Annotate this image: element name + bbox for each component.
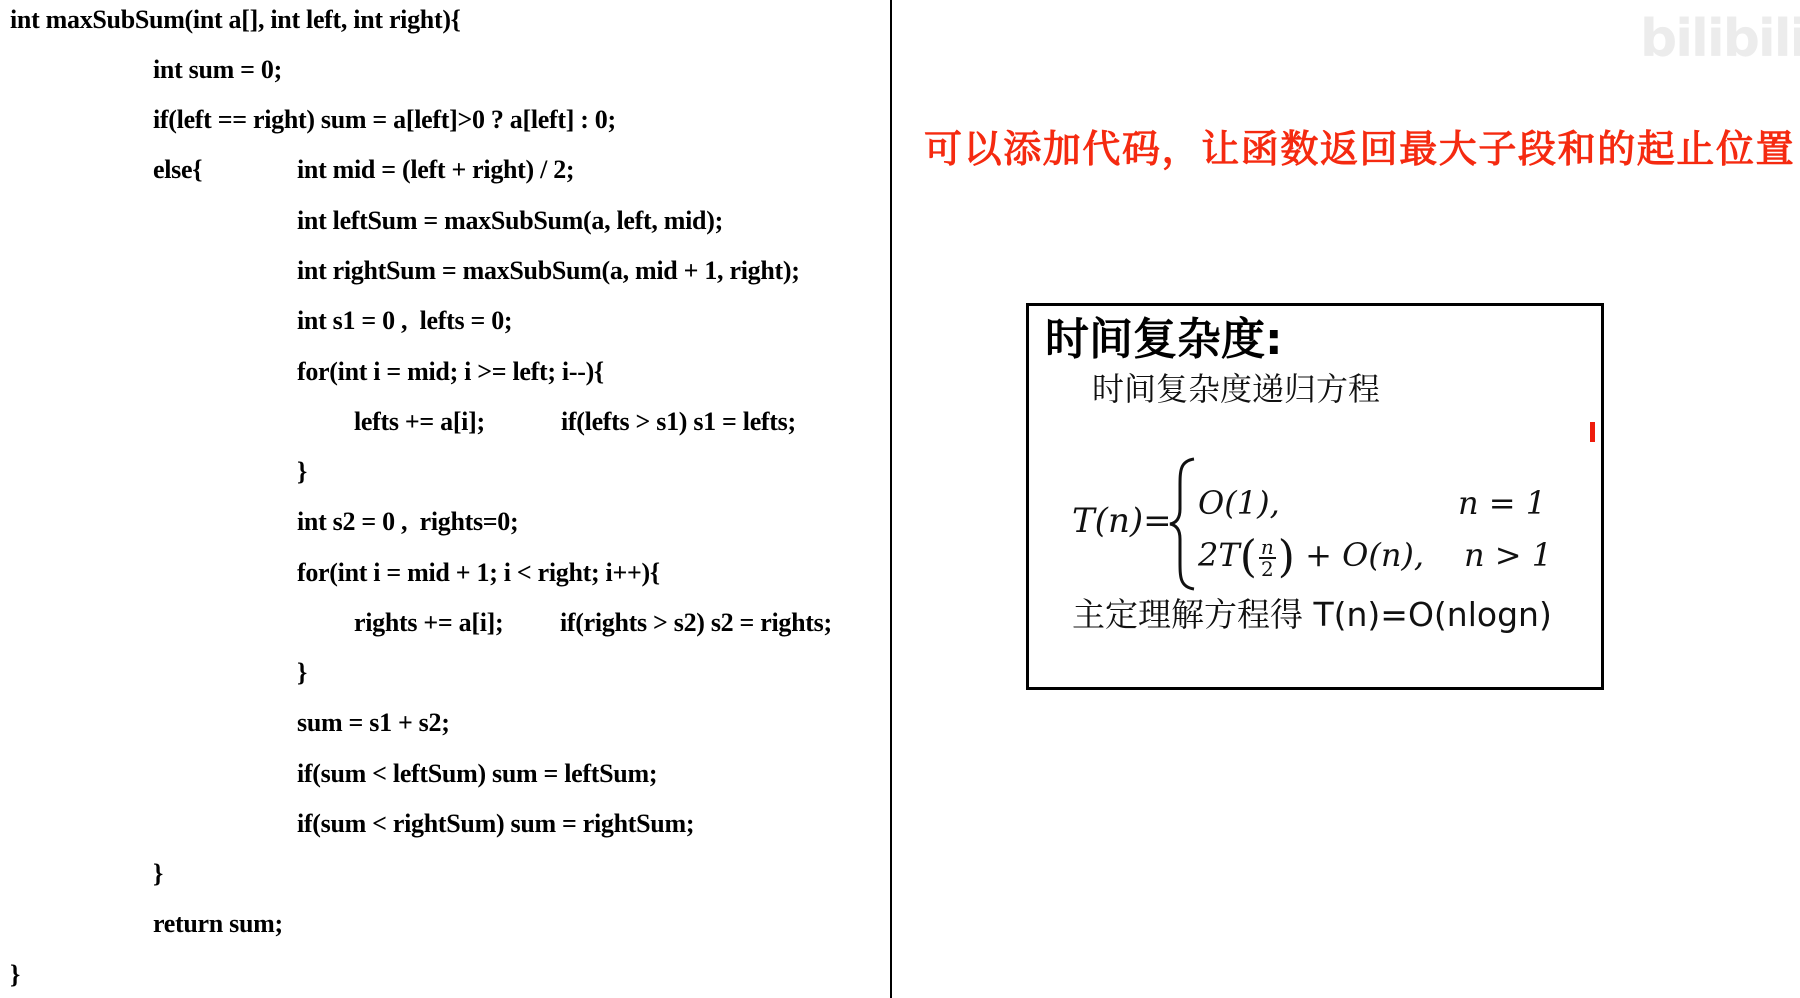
code-line-18: } — [153, 859, 163, 889]
code-line-17: if(sum < rightSum) sum = rightSum; — [297, 809, 694, 839]
code-line-4-trailing: int mid = (left + right) / 2; — [297, 155, 574, 185]
open-paren: ( — [1240, 532, 1257, 583]
code-line-20: } — [10, 960, 20, 990]
case-2-prefix: 2T — [1198, 536, 1240, 574]
code-line-6: int rightSum = maxSubSum(a, mid + 1, rig… — [297, 256, 800, 286]
red-note: 可以添加代码，让函数返回最大子段和的起止位置 — [924, 126, 1795, 172]
formula-lhs: T(n)= — [1072, 501, 1172, 541]
red-cursor-mark — [1590, 422, 1595, 442]
code-line-9: lefts += a[i]; — [354, 407, 485, 437]
code-line-9-trailing: if(lefts > s1) s1 = lefts; — [561, 407, 796, 437]
code-line-12: for(int i = mid + 1; i < right; i++){ — [297, 558, 660, 588]
code-line-5: int leftSum = maxSubSum(a, left, mid); — [297, 206, 723, 236]
code-line-14: } — [297, 658, 307, 688]
formula-case-2-expr: 2T(n2) + O(n), — [1198, 535, 1424, 579]
formula-case-2-condition: n > 1 — [1464, 535, 1552, 575]
code-line-3: if(left == right) sum = a[left]>0 ? a[le… — [153, 105, 616, 135]
code-panel: int maxSubSum(int a[], int left, int rig… — [0, 0, 890, 998]
recurrence-formula: T(n)= O(1), n = 1 2T(n2) + O(n), n > 1 — [1072, 455, 1572, 595]
close-paren: ) — [1278, 532, 1295, 583]
code-line-13: rights += a[i]; — [354, 608, 503, 638]
case-2-suffix: + O(n), — [1305, 536, 1424, 574]
code-line-4: else{ — [153, 155, 202, 185]
box-result: 主定理解方程得 T(n)=O(nlogn) — [1072, 594, 1552, 636]
bilibili-logo-icon: bilibili — [1640, 13, 1800, 65]
box-subtitle: 时间复杂度递归方程 — [1092, 368, 1380, 410]
code-line-13-trailing: if(rights > s2) s2 = rights; — [560, 608, 832, 638]
code-line-8: for(int i = mid; i >= left; i--){ — [297, 357, 604, 387]
code-line-7: int s1 = 0 , lefts = 0; — [297, 306, 512, 336]
code-line-15: sum = s1 + s2; — [297, 708, 450, 738]
left-brace-icon — [1168, 457, 1198, 591]
code-line-11: int s2 = 0 , rights=0; — [297, 507, 518, 537]
code-line-16: if(sum < leftSum) sum = leftSum; — [297, 759, 657, 789]
watermark: bilibili — [1240, 14, 1800, 64]
lecture-slide: int maxSubSum(int a[], int left, int rig… — [0, 0, 1800, 998]
fraction: n2 — [1259, 537, 1276, 579]
code-line-10: } — [297, 457, 307, 487]
code-line-2: int sum = 0; — [153, 55, 282, 85]
fraction-denominator: 2 — [1259, 559, 1276, 579]
code-line-1: int maxSubSum(int a[], int left, int rig… — [10, 5, 461, 35]
box-title: 时间复杂度: — [1045, 312, 1283, 368]
case-1-expr-text: O(1), — [1198, 484, 1280, 522]
formula-case-1-expr: O(1), — [1198, 483, 1280, 523]
formula-case-1-condition: n = 1 — [1458, 483, 1546, 523]
code-line-19: return sum; — [153, 909, 283, 939]
fraction-numerator: n — [1259, 537, 1276, 559]
panel-divider — [890, 0, 892, 998]
